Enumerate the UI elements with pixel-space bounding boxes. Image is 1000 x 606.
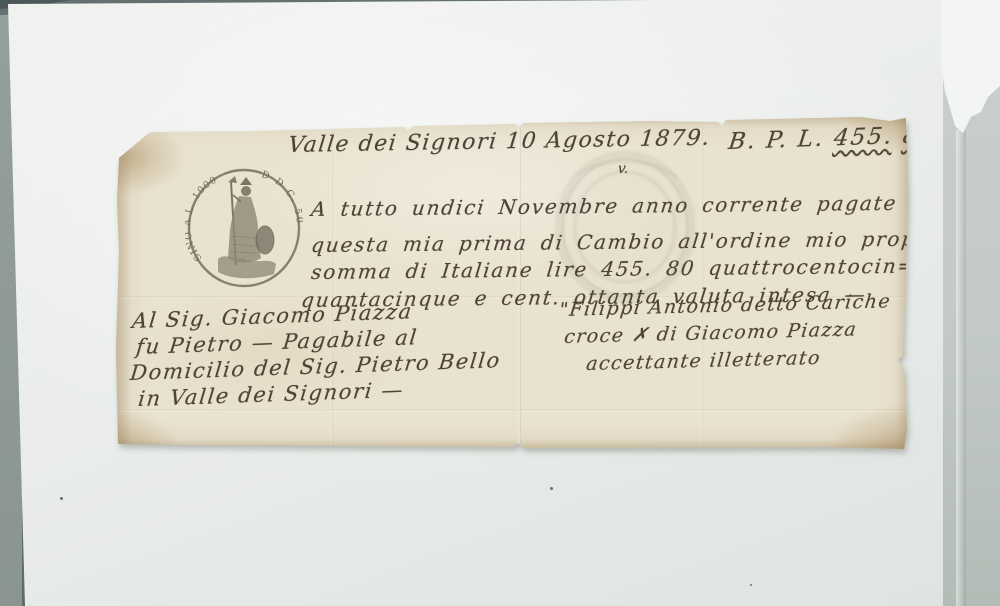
dust-speck [60, 497, 63, 500]
amount-figures-line: B. P. L. 455. 80 [727, 122, 938, 155]
body-line-1: A tutto undici Novembre anno corrente pa… [310, 190, 951, 221]
document-paper: SINO A L. 1000 D D C. 50 Valle dei Signo… [115, 113, 912, 453]
revenue-stamp: SINO A L. 1000 D D C. 50 [185, 166, 303, 290]
amount-lire: 455. [832, 123, 895, 151]
bill-of-exchange-document: SINO A L. 1000 D D C. 50 Valle dei Signo… [115, 113, 912, 453]
cloth-fold-line [956, 130, 966, 606]
signature-line-2: croce ✗ di Giacomo Piazza [563, 318, 859, 348]
seated-allegory-figure-icon [218, 176, 276, 278]
stamp-arc-left-label: SINO A L. 1000 [185, 174, 219, 263]
dust-speck [750, 584, 752, 586]
horizontal-fold-crease [121, 409, 907, 412]
amount-code: B. P. L. [727, 126, 826, 155]
svg-text:SINO A L. 1000: SINO A L. 1000 [185, 174, 219, 263]
torn-paper-corner [941, 0, 1000, 160]
body-line-2: questa mia prima di Cambio all'ordine mi… [310, 226, 994, 257]
stamp-arc-right-label: D D C. 50 [260, 169, 303, 225]
svg-text:D D C. 50: D D C. 50 [260, 169, 303, 225]
body-line-3: somma di Italiane lire 455. 80 quattroce… [310, 254, 918, 284]
flourish-mark: v. [617, 161, 629, 177]
signature-line-3: accettante illetterato [585, 347, 822, 375]
dust-speck [550, 487, 553, 490]
